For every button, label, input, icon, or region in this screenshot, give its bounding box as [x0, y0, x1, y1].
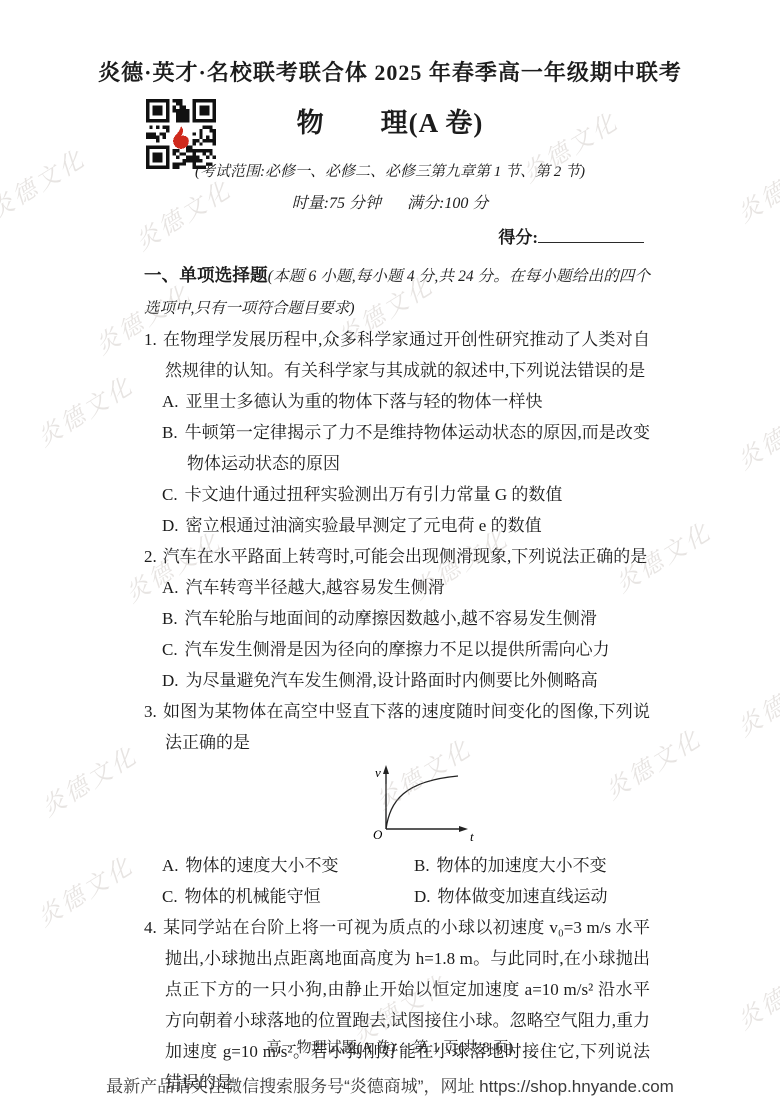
option-text: 物体的机械能守恒	[185, 887, 321, 906]
question-4: 4.某同学站在台阶上将一可视为质点的小球以初速度 v₀=3 m/s 水平抛出,小…	[144, 912, 650, 1098]
question-number: 1.	[144, 330, 157, 349]
watermark: 炎德文化	[729, 389, 780, 476]
question-3: 3.如图为某物体在高空中竖直下落的速度随时间变化的图像,下列说法正确的是 v t…	[144, 696, 650, 912]
origin-label: O	[373, 827, 383, 842]
promo-line: 最新产品请关注微信搜索服务号“炎德商城”，网址 https://shop.hny…	[0, 1072, 780, 1097]
duration-score-line: 时量:75 分钟满分:100 分	[0, 190, 780, 213]
velocity-time-graph: v t O	[346, 763, 650, 847]
question-2: 2.汽车在水平路面上转弯时,可能会出现侧滑现象,下列说法正确的是 A.汽车转弯半…	[144, 541, 650, 696]
question-text: 如图为某物体在高空中竖直下落的速度随时间变化的图像,下列说法正确的是	[163, 702, 650, 752]
question-1: 1.在物理学发展历程中,众多科学家通过开创性研究推动了人类对自然规律的认知。有关…	[144, 324, 650, 541]
option-2d: D.为尽量避免汽车发生侧滑,设计路面时内侧要比外侧略高	[162, 665, 650, 696]
watermark: 炎德文化	[29, 846, 139, 933]
option-3a: A.物体的速度大小不变	[162, 850, 414, 881]
question-stem: 3.如图为某物体在高空中竖直下落的速度随时间变化的图像,下列说法正确的是	[144, 696, 650, 758]
section-heading: 一、单项选择题(本题 6 小题,每小题 4 分,共 24 分。在每小题给出的四个…	[144, 260, 650, 324]
qr-center-logo	[173, 126, 189, 149]
option-3c: C.物体的机械能守恒	[162, 881, 414, 912]
option-text: 汽车发生侧滑是因为径向的摩擦力不足以提供所需向心力	[185, 640, 610, 659]
option-text: 物体做变加速直线运动	[438, 887, 608, 906]
option-label: B.	[162, 609, 178, 628]
page-footer: 高一物理试题(A 卷)第 1 页(共 8 页)	[0, 1036, 780, 1057]
option-text: 汽车轮胎与地面间的动摩擦因数越小,越不容易发生侧滑	[185, 609, 597, 628]
qr-code	[146, 99, 216, 169]
y-axis-arrow	[383, 765, 389, 774]
question-text: 汽车在水平路面上转弯时,可能会出现侧滑现象,下列说法正确的是	[163, 547, 648, 566]
option-text: 密立根通过油滴实验最早测定了元电荷 e 的数值	[186, 516, 542, 535]
option-label: C.	[162, 640, 178, 659]
question-text: 在物理学发展历程中,众多科学家通过开创性研究推动了人类对自然规律的认知。有关科学…	[163, 330, 650, 380]
option-label: B.	[162, 423, 178, 442]
question-stem: 2.汽车在水平路面上转弯时,可能会出现侧滑现象,下列说法正确的是	[144, 541, 650, 572]
exam-title: 炎德·英才·名校联考联合体 2025 年春季高一年级期中联考	[70, 56, 710, 87]
watermark: 炎德文化	[729, 656, 780, 743]
velocity-curve	[386, 776, 458, 829]
option-label: A.	[162, 856, 179, 875]
question-stem: 4.某同学站在台阶上将一可视为质点的小球以初速度 v₀=3 m/s 水平抛出,小…	[144, 912, 650, 1098]
section-title: 一、单项选择题	[144, 265, 268, 285]
option-label: C.	[162, 485, 178, 504]
question-number: 2.	[144, 547, 157, 566]
option-label: A.	[162, 392, 179, 411]
option-label: D.	[162, 516, 179, 535]
x-axis-label: t	[470, 829, 474, 844]
option-label: B.	[414, 856, 430, 875]
option-1d: D.密立根通过油滴实验最早测定了元电荷 e 的数值	[162, 510, 650, 541]
duration: 时量:75 分钟	[292, 195, 381, 212]
option-label: D.	[162, 671, 179, 690]
score-label: 得分:	[498, 228, 538, 247]
option-label: C.	[162, 887, 178, 906]
watermark: 炎德文化	[33, 736, 143, 823]
option-text: 卡文迪什通过扭秤实验测出万有引力常量 G 的数值	[185, 485, 563, 504]
option-label: A.	[162, 578, 179, 597]
paper-name: 高一物理试题(A 卷)	[267, 1040, 396, 1056]
exam-body: 一、单项选择题(本题 6 小题,每小题 4 分,共 24 分。在每小题给出的四个…	[144, 260, 650, 1098]
full-score: 满分:100 分	[407, 195, 488, 212]
option-3d: D.物体做变加速直线运动	[414, 881, 650, 912]
option-text: 为尽量避免汽车发生侧滑,设计路面时内侧要比外侧略高	[186, 671, 598, 690]
option-2b: B.汽车轮胎与地面间的动摩擦因数越小,越不容易发生侧滑	[162, 603, 650, 634]
watermark: 炎德文化	[729, 949, 780, 1036]
option-text: 汽车转弯半径越大,越容易发生侧滑	[186, 578, 445, 597]
question-text: 某同学站在台阶上将一可视为质点的小球以初速度 v₀=3 m/s 水平抛出,小球抛…	[163, 918, 650, 1092]
page-number: 第 1 页(共 8 页)	[413, 1040, 513, 1056]
subject-title: 物 理(A 卷)	[0, 101, 780, 140]
score-line: 得分:	[0, 223, 780, 248]
option-3b: B.物体的加速度大小不变	[414, 850, 650, 881]
exam-scope: (考试范围:必修一、必修二、必修三第九章第 1 节、第 2 节)	[0, 160, 780, 181]
question-number: 4.	[144, 918, 157, 937]
x-axis-arrow	[459, 826, 468, 832]
option-text: 物体的加速度大小不变	[437, 856, 607, 875]
option-text: 物体的速度大小不变	[186, 856, 339, 875]
y-axis-label: v	[375, 765, 381, 780]
option-text: 牛顿第一定律揭示了力不是维持物体运动状态的原因,而是改变物体运动状态的原因	[185, 423, 650, 473]
option-2c: C.汽车发生侧滑是因为径向的摩擦力不足以提供所需向心力	[162, 634, 650, 665]
option-text: 亚里士多德认为重的物体下落与轻的物体一样快	[186, 392, 543, 411]
option-label: D.	[414, 887, 431, 906]
question-number: 3.	[144, 702, 157, 721]
option-1c: C.卡文迪什通过扭秤实验测出万有引力常量 G 的数值	[162, 479, 650, 510]
score-blank-field	[538, 227, 644, 243]
question-stem: 1.在物理学发展历程中,众多科学家通过开创性研究推动了人类对自然规律的认知。有关…	[144, 324, 650, 386]
option-1b: B.牛顿第一定律揭示了力不是维持物体运动状态的原因,而是改变物体运动状态的原因	[162, 417, 650, 479]
watermark: 炎德文化	[29, 366, 139, 453]
option-1a: A.亚里士多德认为重的物体下落与轻的物体一样快	[162, 386, 650, 417]
watermark: 炎德文化	[729, 142, 780, 229]
question-3-options: A.物体的速度大小不变 B.物体的加速度大小不变 C.物体的机械能守恒 D.物体…	[162, 850, 650, 912]
option-2a: A.汽车转弯半径越大,越容易发生侧滑	[162, 572, 650, 603]
